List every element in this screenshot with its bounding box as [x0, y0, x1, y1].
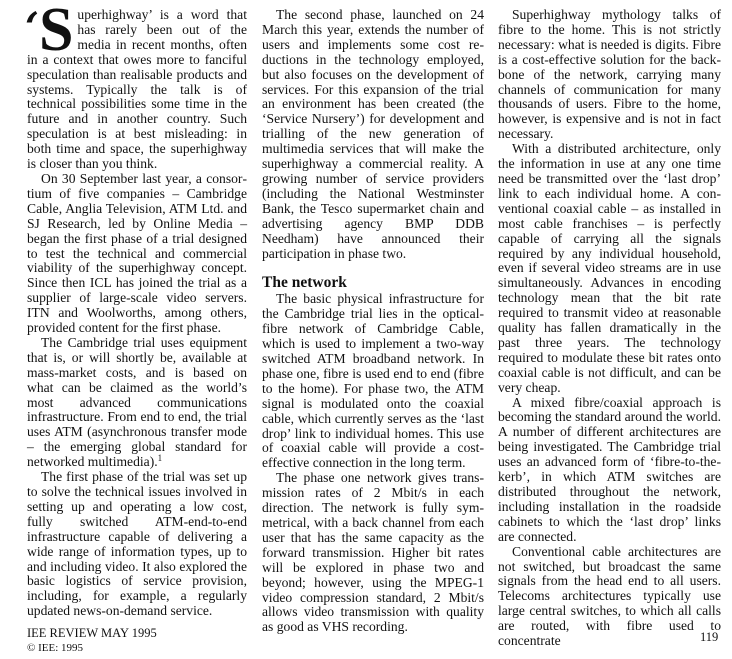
journal-page: ‘Superhighway’ is a word that has rarely… [0, 0, 732, 659]
paragraph: The basic physical infrastructure for th… [262, 292, 484, 471]
footer-journal-info: IEE REVIEW MAY 1995 © IEE: 1995 [27, 626, 157, 656]
column-2: The second phase, launched on 24 March t… [262, 8, 484, 635]
column-1: ‘Superhighway’ is a word that has rarely… [27, 8, 247, 619]
column-3: Superhighway mythology talks of fibre to… [498, 8, 721, 649]
copyright-notice: © IEE: 1995 [27, 641, 157, 656]
paragraph: A mixed fibre/coaxial approach is becomi… [498, 396, 721, 545]
paragraph-text: The Cambridge trial uses equipment that … [27, 335, 247, 469]
page-number: 119 [700, 630, 718, 645]
journal-issue: IEE REVIEW MAY 1995 [27, 626, 157, 641]
paragraph-with-footnote: The Cambridge trial uses equipment that … [27, 336, 247, 470]
paragraph: With a distributed architecture, only th… [498, 142, 721, 395]
intro-paragraph: ‘Superhighway’ is a word that has rarely… [27, 8, 247, 172]
paragraph: Conventional cable architectures are not… [498, 545, 721, 649]
paragraph: On 30 September last year, a consor­tium… [27, 172, 247, 336]
paragraph: The second phase, launched on 24 March t… [262, 8, 484, 261]
section-heading: The network [262, 274, 484, 291]
drop-cap: ‘S [25, 6, 73, 52]
drop-cap-quote: ‘ [25, 4, 39, 51]
paragraph: Superhighway mythology talks of fibre to… [498, 8, 721, 142]
footnote-ref: 1 [158, 453, 163, 463]
paragraph: The first phase of the trial was set up … [27, 470, 247, 619]
paragraph: The phase one network gives trans­missio… [262, 471, 484, 635]
